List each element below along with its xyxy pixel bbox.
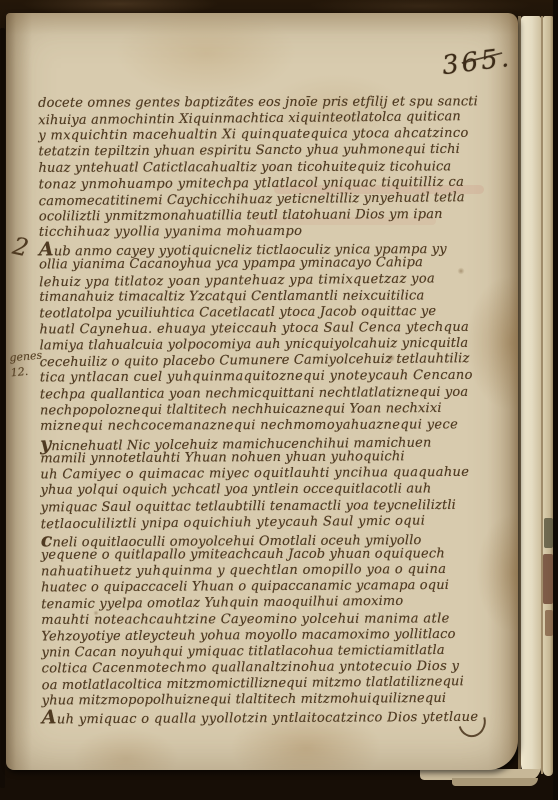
- manuscript-line: yequene o quitlapallo ymiteachcauh Jacob…: [41, 546, 509, 564]
- manuscript-page: 365. 2 genes 12. docete omnes gentes bap…: [6, 13, 518, 770]
- margin-paragraph-mark: 2: [10, 232, 31, 263]
- manuscript-line: Aub anmo cayey yyotiquicneliz tictlaocul…: [39, 239, 507, 258]
- edge-stain-patch: [543, 554, 553, 604]
- book-board-edge: [553, 0, 558, 800]
- manuscript-line: Auh ymiquac o qualla yyollotzin yntlaito…: [42, 707, 510, 726]
- folio-number: 365.: [440, 43, 513, 81]
- manuscript-line: timanahuiz timacaltiz Yzcatqui Centlaman…: [39, 288, 507, 306]
- manuscript-line: tetatzin tepiltzin yhuan espiritu Sancto…: [38, 142, 506, 161]
- bottom-page-corner: [452, 778, 538, 786]
- edge-stain-patch: [544, 518, 553, 548]
- manuscript-line: ticchihuaz yyollia yyanima mohuampo: [39, 223, 507, 241]
- manuscript-text-block: docete omnes gentes baptizãtes eos jnoīe…: [38, 94, 510, 726]
- manuscript-line: huaz yntehuatl Catictlacahualtiz yoan ti…: [38, 159, 506, 177]
- margin-gloss-line: genes: [9, 348, 42, 366]
- margin-gloss: genes 12.: [9, 348, 43, 381]
- left-spine-sliver: [0, 28, 5, 788]
- manuscript-line: mauhti noteachcauhtzine Cayeomino yolceh…: [41, 611, 509, 629]
- page-edge-stack: [543, 16, 553, 776]
- page-edge-next-leaf: [521, 16, 541, 776]
- margin-gloss-line: 12.: [10, 363, 43, 381]
- edge-stain-patch: [545, 610, 553, 636]
- manuscript-line: yhua yolqui oquich ychcatl yoa yntlein o…: [40, 482, 508, 500]
- manuscript-line: nechpopoloznequi tlaltitech nechhuicazne…: [40, 400, 508, 419]
